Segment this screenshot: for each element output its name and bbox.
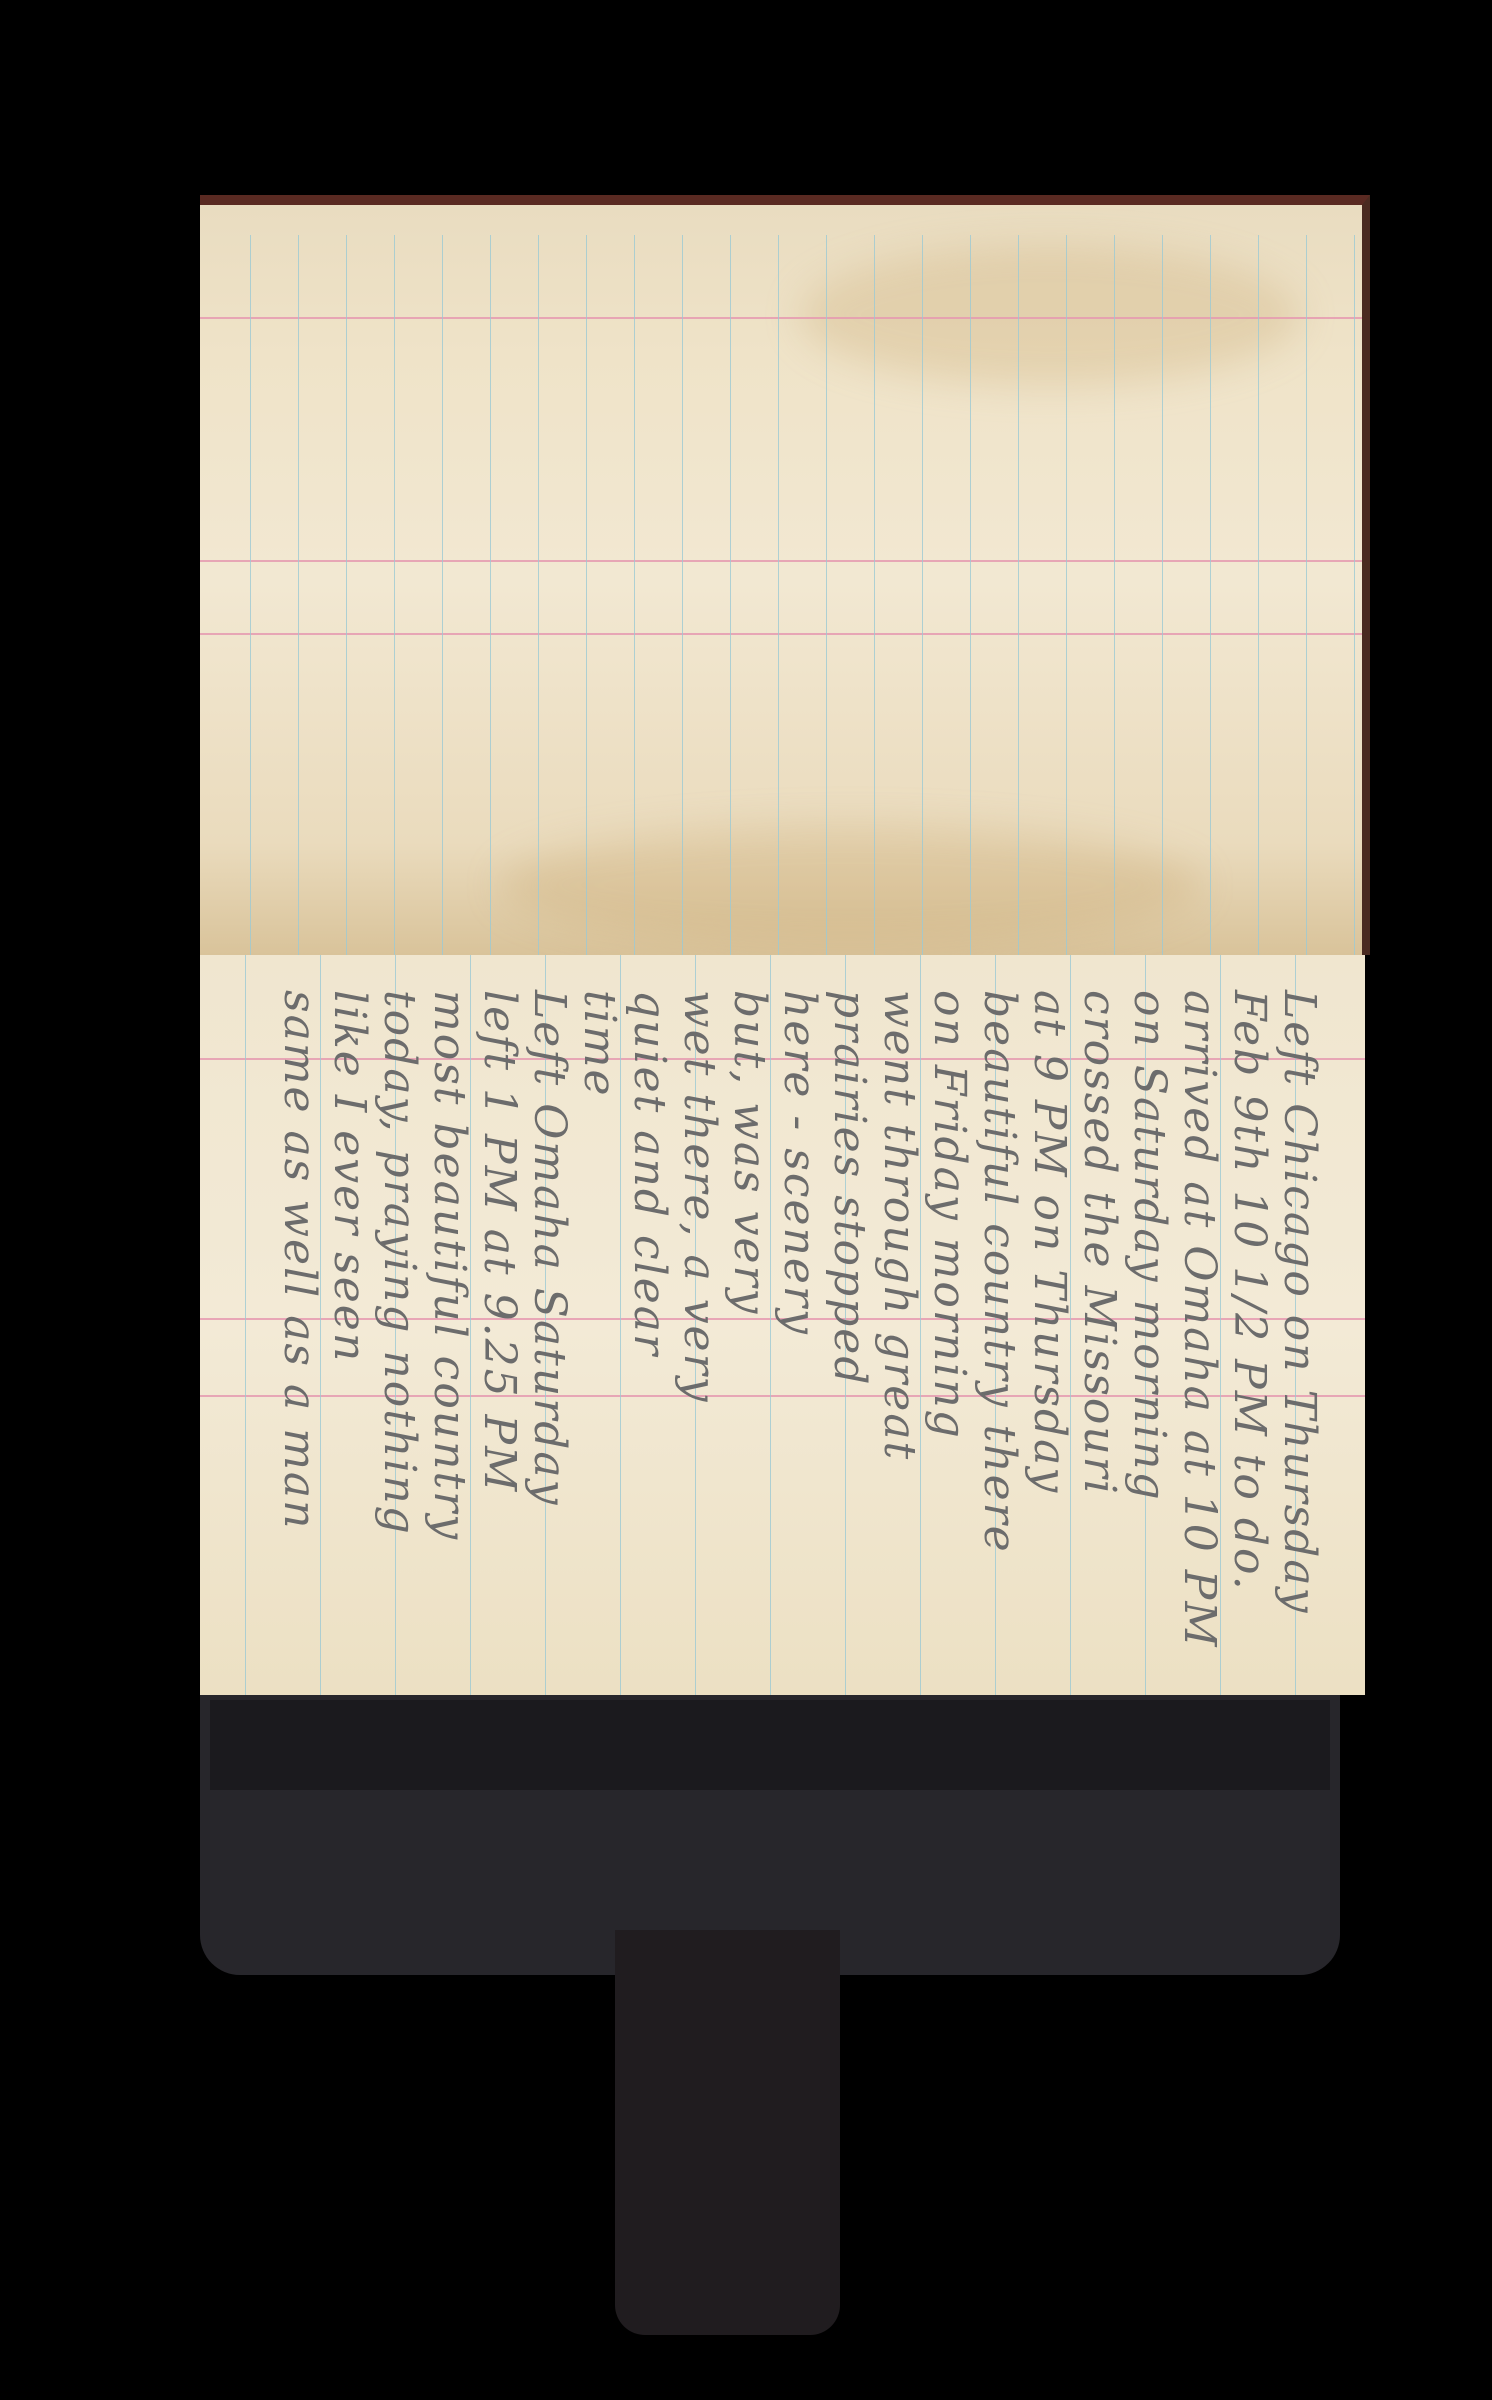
ruling-line xyxy=(490,235,491,955)
handwritten-line: same as well as a man xyxy=(274,990,325,1531)
handwritten-line: crossed the Missouri xyxy=(1074,990,1125,1496)
ruling-line xyxy=(1354,235,1355,955)
handwritten-line: left 1 PM at 9.25 PM xyxy=(474,990,525,1493)
ruling-line xyxy=(970,235,971,955)
handwritten-line: Left Omaha Saturday xyxy=(524,990,575,1506)
ruling-line xyxy=(922,235,923,955)
ruling-line xyxy=(634,235,635,955)
ruling-line xyxy=(442,235,443,955)
ruling-line xyxy=(538,235,539,955)
upper-blank-page xyxy=(200,195,1370,955)
handwritten-line: most beautiful country xyxy=(424,990,475,1541)
ruling-line xyxy=(1162,235,1163,955)
ruling-line xyxy=(394,235,395,955)
handwritten-line: but, was very xyxy=(724,990,775,1315)
ruling-line xyxy=(1258,235,1259,955)
ruling-line xyxy=(826,235,827,955)
ruling-line xyxy=(1306,235,1307,955)
handwritten-line: quiet and clear xyxy=(624,990,675,1357)
ruling-line xyxy=(1210,235,1211,955)
handwritten-line: like I ever seen xyxy=(324,990,375,1363)
ruling-line xyxy=(1066,235,1067,955)
ruling-line xyxy=(298,235,299,955)
ruling-line xyxy=(682,235,683,955)
handwritten-line: today, praying nothing xyxy=(374,990,425,1536)
handwritten-line: arrived at Omaha at 10 PM xyxy=(1174,990,1225,1648)
handwriting: Left Chicago on Thursday Feb 9th 10 1/2 … xyxy=(215,970,1345,1680)
ruling-line xyxy=(586,235,587,955)
handwritten-line: beautiful country there xyxy=(974,990,1025,1554)
leather-cover-spine-band xyxy=(210,1700,1330,1790)
handwritten-line: time xyxy=(574,990,625,1098)
ruling-line xyxy=(1114,235,1115,955)
handwritten-line: at 9 PM on Thursday xyxy=(1024,990,1075,1494)
handwritten-line: went through great xyxy=(874,990,925,1461)
ruling-line xyxy=(1018,235,1019,955)
handwritten-line: wet there, a very xyxy=(674,990,725,1403)
leather-closure-tab xyxy=(615,1930,840,2335)
ruling-line xyxy=(250,235,251,955)
ruling-line xyxy=(874,235,875,955)
ruling-line xyxy=(346,235,347,955)
margin-line xyxy=(200,317,1362,319)
handwritten-line: on Saturday morning xyxy=(1124,990,1175,1502)
handwritten-line: Left Chicago on Thursday xyxy=(1274,990,1325,1615)
ruling-line xyxy=(730,235,731,955)
margin-line xyxy=(200,560,1362,562)
handwritten-line: Feb 9th 10 1/2 PM to do. xyxy=(1224,990,1275,1592)
handwritten-line: on Friday morning xyxy=(924,990,975,1440)
handwritten-line: here - scenery xyxy=(774,990,825,1336)
margin-line xyxy=(200,633,1362,635)
handwritten-line: prairies stopped xyxy=(824,990,875,1387)
ruling-line xyxy=(778,235,779,955)
